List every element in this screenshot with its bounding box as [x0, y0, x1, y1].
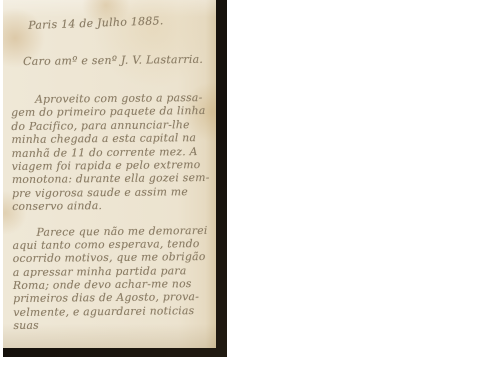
letter-photo: Paris 14 de Julho 1885. Caro amº e senº …: [3, 0, 227, 357]
letter-line: suas: [13, 317, 215, 333]
letter-line: velmente, e aguardarei noticias: [13, 304, 215, 320]
letter-body: Aproveito com gosto a passa- gem do prim…: [11, 91, 215, 333]
letter-paper: Paris 14 de Julho 1885. Caro amº e senº …: [3, 0, 216, 348]
letter-line: conservo ainda.: [12, 198, 214, 214]
letter-salutation: Caro amº e senº J. V. Lastarria.: [23, 53, 203, 68]
scan-page: Paris 14 de Julho 1885. Caro amº e senº …: [0, 0, 480, 371]
letter-date: Paris 14 de Julho 1885.: [28, 14, 164, 32]
letter-line: pre vigorosa saude e assim me: [12, 185, 214, 201]
